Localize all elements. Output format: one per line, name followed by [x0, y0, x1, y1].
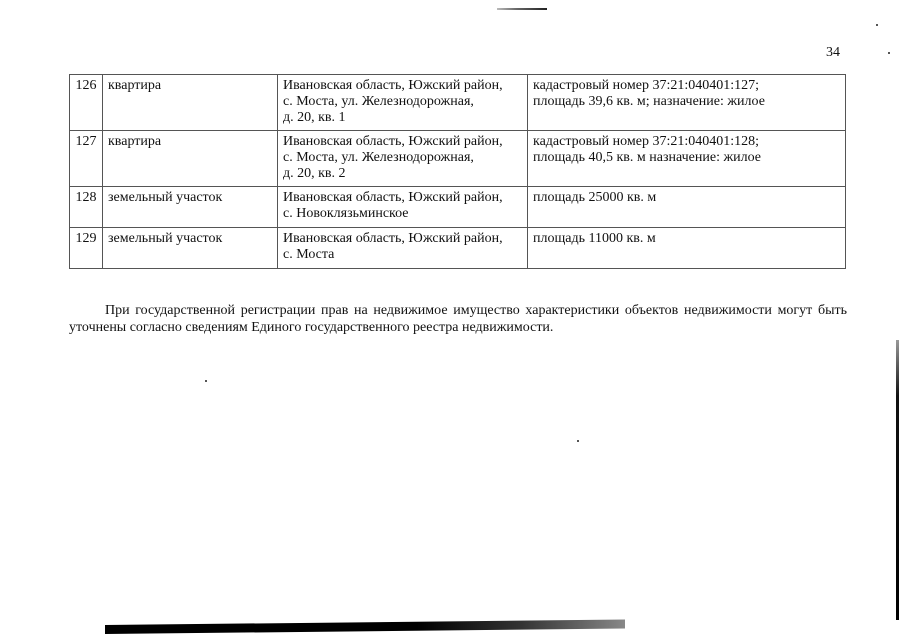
details-line: площадь 39,6 кв. м; назначение: жилое — [533, 94, 841, 110]
property-details: кадастровый номер 37:21:040401:127; площ… — [528, 75, 846, 131]
address-line: с. Моста — [283, 247, 523, 263]
property-details: площадь 11000 кв. м — [528, 228, 846, 269]
address-line: Ивановская область, Южский район, — [283, 134, 523, 150]
property-address: Ивановская область, Южский район, с. Мос… — [278, 131, 528, 187]
row-number: 127 — [70, 131, 103, 187]
row-number: 128 — [70, 187, 103, 228]
address-line: Ивановская область, Южский район, — [283, 78, 523, 94]
address-line: Ивановская область, Южский район, — [283, 231, 523, 247]
property-type: квартира — [103, 75, 278, 131]
address-line: Ивановская область, Южский район, — [283, 190, 523, 206]
scan-speck — [577, 440, 579, 442]
row-number: 129 — [70, 228, 103, 269]
property-table: 126 квартира Ивановская область, Южский … — [69, 74, 846, 269]
table-row: 128 земельный участок Ивановская область… — [70, 187, 846, 228]
scan-speck — [876, 24, 878, 26]
scan-artifact-bottom-edge — [105, 620, 625, 634]
scan-speck — [205, 380, 207, 382]
scan-artifact-top-line — [497, 8, 547, 10]
registration-note: При государственной регистрации прав на … — [69, 302, 847, 336]
details-line: площадь 40,5 кв. м назначение: жилое — [533, 150, 841, 166]
property-type: квартира — [103, 131, 278, 187]
row-number: 126 — [70, 75, 103, 131]
address-line: с. Новоклязьминское — [283, 206, 523, 222]
property-type: земельный участок — [103, 187, 278, 228]
property-address: Ивановская область, Южский район, с. Мос… — [278, 75, 528, 131]
property-address: Ивановская область, Южский район, с. Мос… — [278, 228, 528, 269]
table-row: 127 квартира Ивановская область, Южский … — [70, 131, 846, 187]
table-row: 129 земельный участок Ивановская область… — [70, 228, 846, 269]
address-line: с. Моста, ул. Железнодорожная, — [283, 94, 523, 110]
table-row: 126 квартира Ивановская область, Южский … — [70, 75, 846, 131]
scan-artifact-right-edge — [896, 340, 899, 620]
page-number: 34 — [826, 45, 840, 61]
property-details: кадастровый номер 37:21:040401:128; площ… — [528, 131, 846, 187]
address-line: д. 20, кв. 2 — [283, 166, 523, 182]
scan-speck — [888, 52, 890, 54]
property-address: Ивановская область, Южский район, с. Нов… — [278, 187, 528, 228]
details-line: площадь 25000 кв. м — [533, 190, 841, 206]
property-type: земельный участок — [103, 228, 278, 269]
details-line: кадастровый номер 37:21:040401:127; — [533, 78, 841, 94]
address-line: с. Моста, ул. Железнодорожная, — [283, 150, 523, 166]
property-details: площадь 25000 кв. м — [528, 187, 846, 228]
details-line: кадастровый номер 37:21:040401:128; — [533, 134, 841, 150]
address-line: д. 20, кв. 1 — [283, 110, 523, 126]
details-line: площадь 11000 кв. м — [533, 231, 841, 247]
